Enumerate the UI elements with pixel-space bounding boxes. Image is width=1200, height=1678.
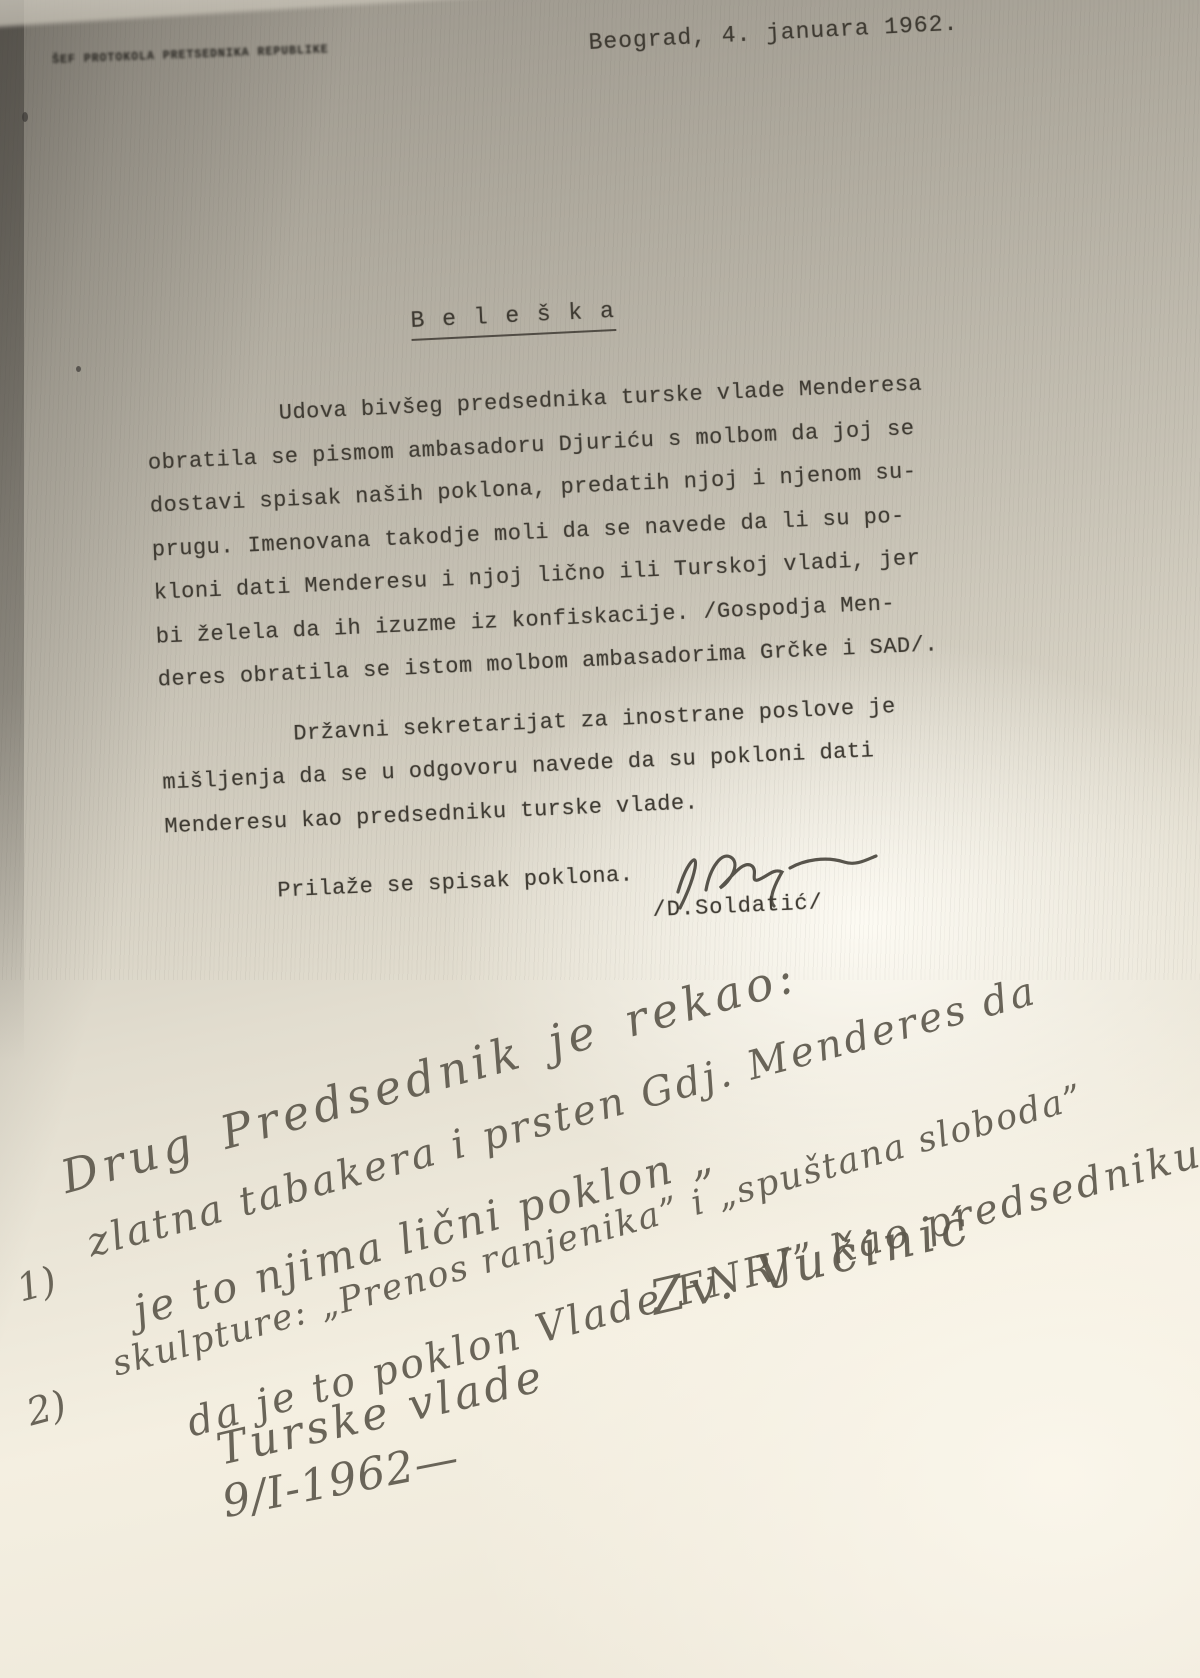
memo-body: Udova bivšeg predsednika turske vlade Me… (145, 358, 1048, 918)
letterhead-stamp: ŠEF PROTOKOLA PRETSEDNIKA REPUBLIKE (52, 43, 342, 67)
annotation-item-1-marker: 1) (12, 1258, 61, 1311)
paragraph-2: Državni sekretarijat za inostrane poslov… (160, 678, 1045, 848)
scan-speck (76, 366, 81, 372)
typed-line: Prilaže se spisak poklona. (167, 835, 1048, 918)
annotation-item-2-marker: 2) (22, 1382, 71, 1435)
page-top-edge-highlight (0, 0, 658, 28)
paragraph-3: Prilaže se spisak poklona. (167, 835, 1048, 918)
paragraph-1: Udova bivšeg predsednika turske vlade Me… (145, 358, 1038, 702)
scan-speck (22, 112, 28, 122)
memo-title: B e l e š k a (410, 298, 617, 341)
scanned-memo-page: ŠEF PROTOKOLA PRETSEDNIKA REPUBLIKE Beog… (0, 0, 1200, 1678)
dateline: Beograd, 4. januara 1962. (588, 11, 959, 56)
scan-left-shadow (0, 0, 24, 1250)
